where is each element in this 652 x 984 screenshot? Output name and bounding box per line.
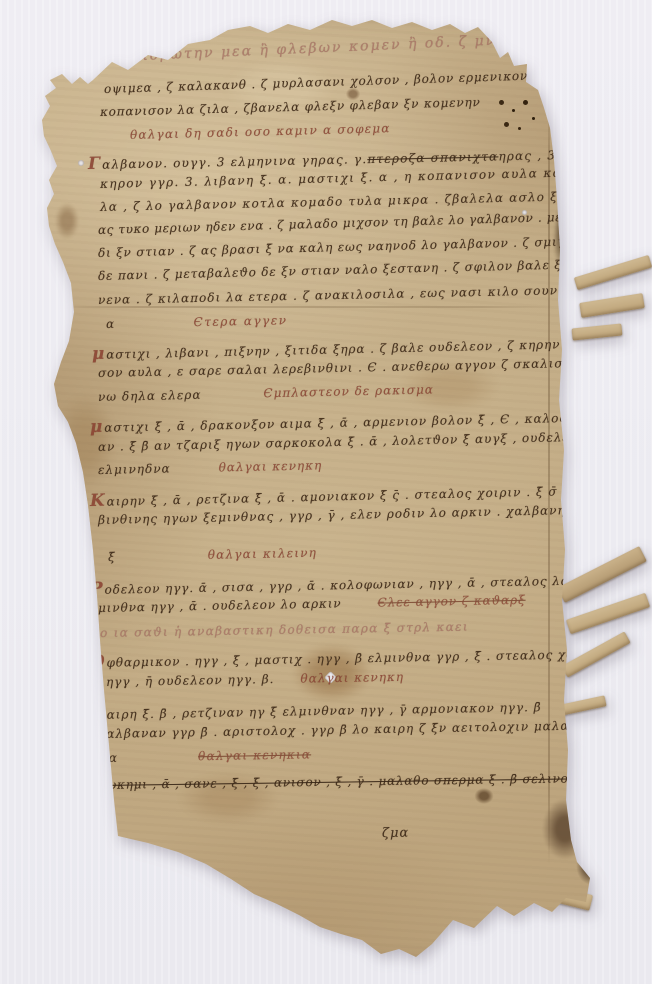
line-segment-initial: Κ bbox=[90, 490, 106, 510]
line-segment-body: δι ξν στιαν . ζ ας βρασι ξ̄ να καλη εως … bbox=[98, 234, 598, 260]
ink-blot bbox=[572, 842, 610, 890]
line-segment-body: αιρη ξ̄. β̄ , ρετζιναν ηγ ξ̄ ελμινθναν η… bbox=[107, 700, 542, 722]
line-segment-body: νω δηλα ελερα bbox=[98, 388, 202, 404]
line-segment-body: ας τυκο μεριων ηδεν ενα . ζ μαλαδο μιχσο… bbox=[98, 208, 630, 237]
line-segment-rubric-faded: ο ια σαϑι ἡ αναβαστικη δοθεισα παρα ξ̄ σ… bbox=[100, 620, 469, 640]
stain bbox=[560, 92, 622, 150]
line-segment-rubric: θαλγαι κενηκη bbox=[300, 670, 404, 686]
line-segment-rubric-struck: θαλγαι κενηκια bbox=[198, 747, 311, 763]
line-segment-body: ελμινηδνα bbox=[98, 461, 171, 477]
line-segment-body: ηγγ , η̄ ουδελεον ηγγ. β. bbox=[106, 672, 275, 689]
line-segment-rubric-faded: Є ην ϊδρωτην μεα ἢ φλεβων κομεν ἢ οδ. ζ … bbox=[96, 32, 517, 66]
line-segment-body: α bbox=[106, 317, 116, 331]
torn-flap bbox=[557, 546, 647, 603]
red-smudge bbox=[50, 642, 82, 700]
body-line: κοπανισον λα ζιλα , ζβανελα φλεξν φλεβαν… bbox=[100, 95, 481, 119]
body-line: Καιρη ξ̄. β̄ , ρετζιναν ηγ ξ̄ ελμινθναν … bbox=[90, 695, 542, 723]
water-stain bbox=[36, 542, 100, 622]
line-segment-struck: αυκημι , ᾱ , σανε , ξ̄ , ξ̄ , ανισον , ξ… bbox=[100, 771, 587, 792]
line-segment-body: νενα . ζ κιλαποδι λα ετερα . ζ ανακιλοσι… bbox=[98, 283, 558, 307]
body-line: δε πανι . ζ μεταβαλεϑο δε ξν στιαν ναλο … bbox=[98, 257, 606, 283]
red-smudge bbox=[66, 558, 94, 590]
line-segment-rubric: θαλγαι δη σαδι οσο καμιν α σοφεμα bbox=[130, 121, 391, 142]
torn-flap bbox=[574, 255, 652, 290]
rubric-heading: νω δηλα ελεραЄμπλαστεον δε ρακισμα bbox=[98, 382, 434, 404]
line-segment-body: κοπανισον λα ζιλα , ζβανελα φλεξν φλεβαν… bbox=[100, 95, 481, 119]
body-line: Οφθαρμικον . ηγγ , ξ̄ , μαστιχ . ηγγ , β… bbox=[90, 642, 596, 671]
manuscript-page: Є ην ϊδρωτην μεα ἢ φλεβων κομεν ἢ οδ. ζ … bbox=[0, 0, 652, 984]
rubric-heading: ξ̄θαλγαι κιλεινη bbox=[108, 546, 317, 564]
rubric-heading: θαλγαι δη σαδι οσο καμιν α σοφεμα bbox=[130, 121, 391, 142]
rubric-heading: ελμινηδναθαλγαι κενηκη bbox=[98, 458, 322, 477]
rubric-heading: λαθαλγαι κενηκια bbox=[100, 747, 311, 765]
line-segment-body: ηρας , 3 bbox=[498, 148, 556, 163]
ink-speckles bbox=[0, 0, 3, 3]
line-segment-struck: πτεροζα σπανιχτα bbox=[367, 149, 498, 166]
line-segment-rubric: Єμπλαστεον δε ρακισμα bbox=[263, 382, 434, 400]
line-segment-body: λα bbox=[100, 751, 118, 765]
body-line: ας τυκο μεριων ηδεν ενα . ζ μαλαδο μιχσο… bbox=[98, 208, 630, 237]
paper-sheet: Є ην ϊδρωτην μεα ἢ φλεβων κομεν ἢ οδ. ζ … bbox=[0, 0, 652, 984]
line-segment-rubric-struck: Єλεε αγγον ζ καϑαρξ bbox=[377, 593, 525, 610]
ink-blot bbox=[536, 790, 594, 868]
line-segment-body: φθαρμικον . ηγγ , ξ̄ , μαστιχ . ηγγ , β̄… bbox=[106, 647, 595, 670]
line-segment-initial: Γ bbox=[88, 153, 102, 173]
torn-flap bbox=[561, 631, 630, 677]
line-segment-initial: Ρ bbox=[90, 578, 104, 598]
body-line: οψιμεα , ζ καλακανθ . ζ μυρλασανι χολσον… bbox=[104, 66, 603, 96]
line-segment-initial: μ bbox=[92, 343, 106, 363]
line-segment-initial: Κ bbox=[90, 703, 106, 723]
line-segment-rubric: θαλγαι κενηκη bbox=[218, 458, 322, 474]
line-segment-initial: Ο bbox=[90, 651, 106, 671]
torn-flap bbox=[572, 323, 623, 340]
body-line: νενα . ζ κιλαποδι λα ετερα . ζ ανακιλοσι… bbox=[98, 283, 558, 307]
torn-flap bbox=[566, 593, 650, 635]
rubric-note: ο ια σαϑι ἡ αναβαστικη δοθεισα παρα ξ̄ σ… bbox=[100, 620, 469, 640]
line-segment-initial: μ bbox=[90, 416, 104, 436]
line-segment-body: αλβανον. ουγγ. 3 ελμηνινα γηρας. γ. bbox=[102, 152, 367, 172]
smudge bbox=[52, 198, 82, 244]
torn-flap bbox=[559, 695, 606, 715]
line-segment-body: οδελεον ηγγ. ᾱ , σισα , γγρ , ᾱ . κολοφω… bbox=[104, 572, 640, 596]
scanner-background: Є ην ϊδρωτην μεα ἢ φλεβων κομεν ἢ οδ. ζ … bbox=[0, 0, 652, 984]
wormhole bbox=[78, 160, 84, 166]
line-segment-rubric: θαλγαι κιλεινη bbox=[208, 546, 318, 562]
body-line: λα , ζ λο γαλβανον κοτλα κομαδο τυλα μικ… bbox=[100, 189, 591, 214]
fold-crease bbox=[60, 306, 555, 308]
body-line: Ροδελεον ηγγ. ᾱ , σισα , γγρ , ᾱ . κολοφ… bbox=[90, 567, 641, 598]
line-segment-body: οψιμεα , ζ καλακανθ . ζ μυρλασανι χολσον… bbox=[104, 66, 603, 96]
line-segment-body: μινθνα ηγγ , ᾱ . ουδελεον λο αρκιν bbox=[98, 596, 342, 615]
torn-flap bbox=[579, 293, 645, 318]
body-line: δι ξν στιαν . ζ ας βρασι ξ̄ να καλη εως … bbox=[98, 234, 598, 260]
line-segment-rubric: Єτερα αγγεν bbox=[193, 313, 287, 329]
line-segment-body: λα , ζ λο γαλβανον κοτλα κομαδο τυλα μικ… bbox=[100, 189, 591, 214]
rubric-heading: αЄτερα αγγεν bbox=[106, 313, 288, 331]
line-segment-body: δε πανι . ζ μεταβαλεϑο δε ξν στιαν ναλο … bbox=[98, 257, 606, 283]
ink-blot bbox=[472, 786, 496, 806]
struck-line: αυκημι , ᾱ , σανε , ξ̄ , ξ̄ , ανισον , ξ… bbox=[100, 771, 587, 792]
line-segment-body: ζμα bbox=[382, 826, 410, 841]
catchword: ζμα bbox=[382, 826, 410, 841]
rubric-heading: ηγγ , η̄ ουδελεον ηγγ. β.θαλγαι κενηκη bbox=[106, 670, 404, 689]
line-segment-body: ξ̄ bbox=[108, 550, 116, 564]
title-rubric: Є ην ϊδρωτην μεα ἢ φλεβων κομεν ἢ οδ. ζ … bbox=[96, 32, 517, 66]
